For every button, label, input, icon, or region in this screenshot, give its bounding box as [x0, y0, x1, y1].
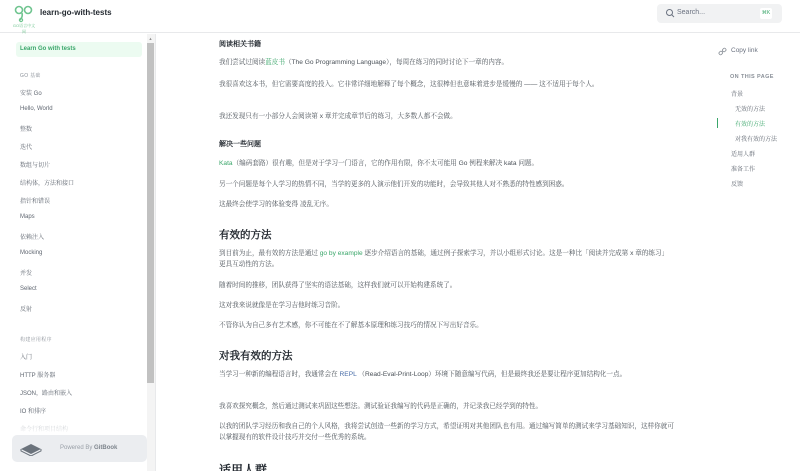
heading-reading-books: 阅读相关书籍 [219, 39, 261, 49]
sidebar-fade [12, 420, 147, 436]
sidebar-divider [155, 34, 156, 471]
sidebar-item-iteration[interactable]: 迭代 [20, 142, 32, 151]
search-box[interactable]: Search... ⌘K [657, 4, 782, 23]
top-header: GO语言中文网 learn-go-with-tests Search... ⌘K [0, 0, 800, 33]
sidebar-item-pointers-errors[interactable]: 指针和错误 [20, 196, 50, 205]
sidebar-item-hello-world[interactable]: Hello, World [20, 106, 53, 112]
link-kata[interactable]: Kata [219, 160, 233, 167]
sidebar-item-http-server[interactable]: HTTP 服务器 [20, 370, 55, 379]
link-go-by-example[interactable]: go by example [320, 250, 363, 257]
heading-audience: 适用人群 [219, 461, 267, 471]
paragraph-effective-2: 随着时间的推移，团队获得了坚实的语法基础，这样我们就可以开始构建系统了。 [219, 280, 674, 291]
sidebar-item-concurrency[interactable]: 并发 [20, 268, 32, 277]
paragraph-effective-1: 到目前为止，最有效的方法是通过 go by example 逐步介绍语言的基础，… [219, 248, 674, 270]
copy-link-button[interactable]: Copy link [731, 47, 758, 54]
go-logo[interactable]: GO语言中文网 [12, 4, 36, 28]
paragraph-forme-2: 我喜欢探究概念，然后通过测试来巩固这些想法。测试验证我编写的代码是正确的，并记录… [219, 401, 674, 412]
sidebar-scrollbar-thumb[interactable] [147, 43, 154, 383]
sidebar-item-arrays-slices[interactable]: 数组与切片 [20, 160, 50, 169]
gitbook-icon [20, 442, 42, 456]
paragraph-reading-3: 我还发现只有一小部分人会阅读第 x 章并完成章节后的练习，大多数人都不会做。 [219, 111, 674, 122]
paragraph-forme-3: 以我的团队学习经历和我自己的个人风格，我将尝试创造一些新的学习方式，希望证明对其… [219, 421, 674, 443]
toc-item-effective-method[interactable]: 有效的方法 [735, 119, 765, 128]
paragraph-forme-1: 当学习一种新的编程语言时，我通常会在 REPL （Read-Eval-Print… [219, 369, 674, 380]
toc-item-feedback[interactable]: 反馈 [731, 179, 743, 188]
toc-item-ineffective-method[interactable]: 无效的方法 [735, 104, 765, 113]
link-icon[interactable] [718, 47, 727, 56]
go-logo-icon [12, 4, 36, 23]
paragraph-solve-1: Kata（编码套路）很有趣，但是对于学习一门语言，它的作用有限，你不太可能用 G… [219, 158, 674, 169]
heading-effective-method: 有效的方法 [219, 227, 272, 242]
paragraph-solve-2: 另一个问题是每个人学习的热情不同，当学的更多的人演示他们开发的功能时，会导致其他… [219, 179, 674, 190]
powered-by-text: Powered By GitBook [60, 445, 117, 451]
powered-by-gitbook[interactable]: Powered By GitBook [12, 435, 147, 462]
toc-title: ON THIS PAGE [730, 74, 774, 80]
sidebar-item-learn-go-with-tests[interactable]: Learn Go with tests [16, 42, 142, 57]
sidebar-item-select[interactable]: Select [20, 286, 37, 292]
sidebar-nav: Learn Go with tests GO 基础 安装 Go Hello, W… [0, 34, 148, 471]
sidebar-item-intro[interactable]: 入门 [20, 352, 32, 361]
heading-works-for-me: 对我有效的方法 [219, 348, 293, 363]
search-icon [665, 8, 676, 19]
scroll-up-arrow-icon[interactable]: ▲ [148, 36, 153, 41]
sidebar-section-build-application: 构建应用程序 [20, 336, 52, 343]
toc-item-background[interactable]: 背景 [731, 89, 743, 98]
paragraph-effective-4: 不管你认为自己多有艺术感，你不可能在不了解基本原理和练习技巧的情况下写出好音乐。 [219, 320, 674, 331]
sidebar-item-reflection[interactable]: 反射 [20, 304, 32, 313]
sidebar-item-io-sorting[interactable]: IO 和排序 [20, 406, 46, 415]
paragraph-solve-3: 这最终会使学习的体验变得 凌乱无序。 [219, 199, 674, 210]
sidebar-item-structs-methods-interfaces[interactable]: 结构体，方法和接口 [20, 178, 74, 187]
sidebar-item-install-go[interactable]: 安装 Go [20, 88, 42, 97]
sidebar-item-mocking[interactable]: Mocking [20, 250, 42, 256]
sidebar-item-integers[interactable]: 整数 [20, 124, 32, 133]
link-blue-book[interactable]: 蓝皮书 [265, 59, 285, 66]
toc-item-audience[interactable]: 适用人群 [731, 149, 755, 158]
heading-solve-problems: 解决一些问题 [219, 139, 261, 149]
sidebar-section-go-basics: GO 基础 [20, 72, 41, 79]
paragraph-reading-2: 我很喜欢这本书，但它需要高度的投入。它非常详细地解释了每个概念，这很棒但也意味着… [219, 79, 674, 90]
toc-item-works-for-me[interactable]: 对我有效的方法 [735, 134, 777, 143]
site-title[interactable]: learn-go-with-tests [40, 8, 112, 17]
search-shortcut-badge: ⌘K [760, 8, 772, 19]
search-placeholder: Search... [677, 9, 705, 16]
link-repl[interactable]: REPL [340, 371, 357, 378]
toc-item-preparation[interactable]: 准备工作 [731, 164, 755, 173]
paragraph-effective-3: 这对我来说就像是在学习吉他时练习音阶。 [219, 300, 674, 311]
toc-active-indicator [717, 118, 718, 128]
sidebar-item-dependency-injection[interactable]: 依赖注入 [20, 232, 44, 241]
sidebar-item-json-routing[interactable]: JSON，路由和嵌入 [20, 388, 72, 397]
paragraph-reading-1: 我们尝试过阅读蓝皮书（The Go Programming Language），… [219, 57, 674, 68]
sidebar-item-label: Learn Go with tests [20, 46, 76, 52]
sidebar-item-maps[interactable]: Maps [20, 214, 35, 220]
